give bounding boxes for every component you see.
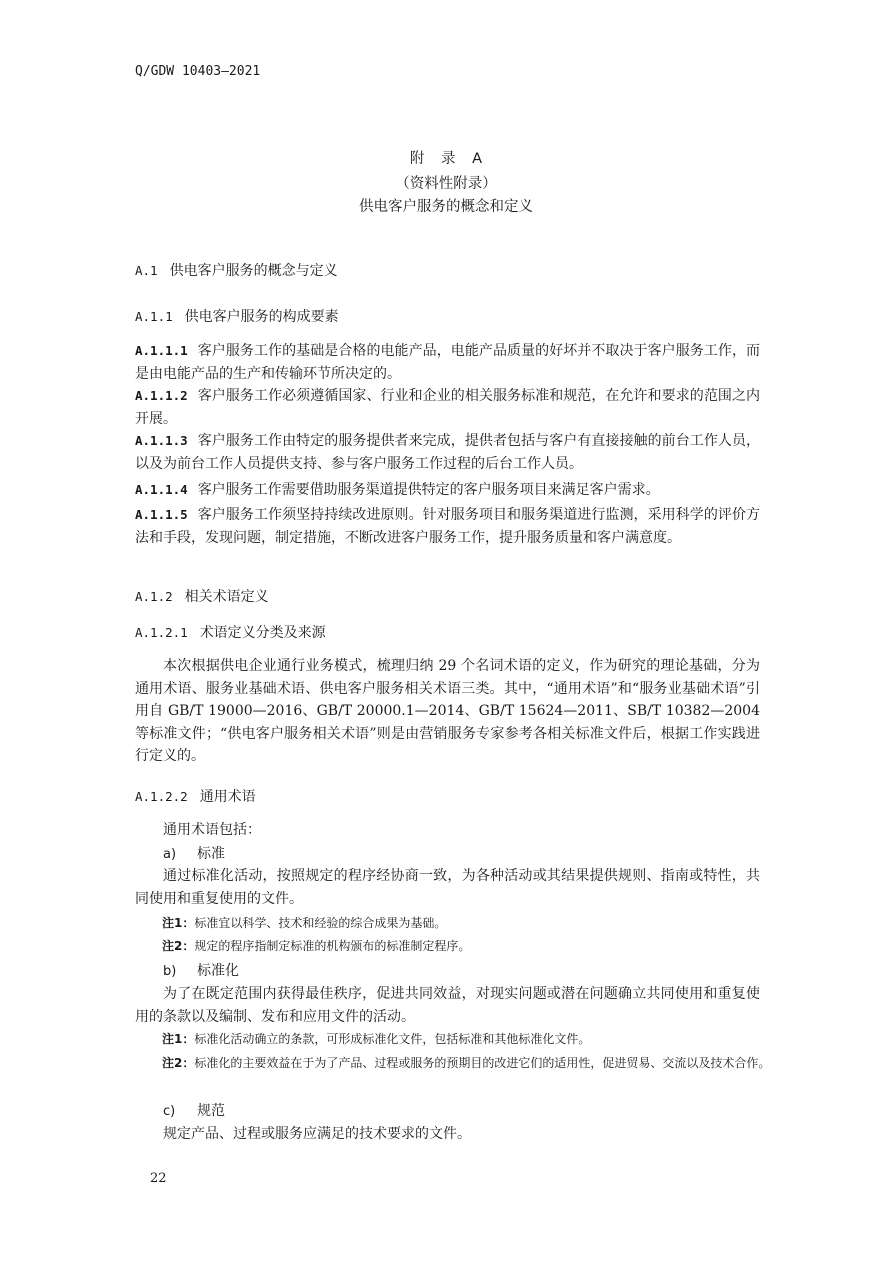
clause-number: A.1.1.3: [135, 433, 188, 448]
note: 注2：规定的程序指制定标准的机构颁布的标准制定程序。: [162, 936, 760, 957]
note-label: 注2：: [162, 939, 194, 953]
clause-text: 客户服务工作必须遵循国家、行业和企业的相关服务标准和规范，在允许和要求的范围之内…: [135, 388, 760, 427]
term-definition: 为了在既定范围内获得最佳秩序，促进共同效益，对现实问题或潜在问题确立共同使用和重…: [135, 983, 760, 1028]
clause-number: A.1.1.5: [135, 507, 188, 522]
clause-number: A.1.1.2: [135, 388, 188, 403]
section-heading-a11: A.1.1供电客户服务的构成要素: [135, 306, 339, 326]
page-number: 22: [150, 1171, 167, 1186]
section-number: A.1.1: [135, 309, 173, 324]
section-title: 相关术语定义: [185, 589, 269, 605]
note: 注1：标准宜以科学、技术和经验的综合成果为基础。: [162, 913, 760, 934]
note: 注2：标准化的主要效益在于为了产品、过程或服务的预期目的改进它们的适用性，促进贸…: [162, 1053, 786, 1074]
term-title: 规范: [197, 1103, 225, 1119]
clause-text: 客户服务工作需要借助服务渠道提供特定的客户服务项目来满足客户需求。: [198, 482, 660, 498]
clause-text: 客户服务工作须坚持持续改进原则。针对服务项目和服务渠道进行监测，采用科学的评价方…: [135, 507, 760, 546]
item-marker: b): [163, 964, 197, 979]
section-number: A.1: [135, 263, 158, 278]
section-title: 供电客户服务的概念与定义: [170, 263, 338, 279]
clause-a112: A.1.1.2客户服务工作必须遵循国家、行业和企业的相关服务标准和规范，在允许和…: [135, 385, 760, 430]
clause-text: 客户服务工作由特定的服务提供者来完成，提供者包括与客户有直接接触的前台工作人员，…: [135, 433, 760, 472]
paragraph-term-sources: 本次根据供电企业通行业务模式，梳理归纳 29 个名词术语的定义，作为研究的理论基…: [135, 655, 760, 768]
clause-a111: A.1.1.1客户服务工作的基础是合格的电能产品，电能产品质量的好坏并不取决于客…: [135, 340, 760, 385]
document-code: Q/GDW 10403—2021: [135, 64, 260, 79]
paragraph-intro: 通用术语包括：: [135, 819, 760, 842]
appendix-title: 附 录 A: [0, 147, 892, 168]
term-item-a: a)标准: [163, 843, 225, 863]
section-number: A.1.2.1: [135, 625, 188, 640]
note-text: 标准化活动确立的条款，可形成标准化文件，包括标准和其他标准化文件。: [194, 1032, 590, 1046]
section-heading-a12: A.1.2相关术语定义: [135, 586, 269, 606]
section-heading-a121: A.1.2.1术语定义分类及来源: [135, 622, 326, 642]
term-title: 标准: [197, 846, 225, 862]
item-marker: c): [163, 1104, 197, 1119]
section-heading-a1: A.1供电客户服务的概念与定义: [135, 260, 338, 280]
term-title: 标准化: [197, 963, 239, 979]
note: 注1：标准化活动确立的条款，可形成标准化文件，包括标准和其他标准化文件。: [162, 1029, 760, 1050]
item-marker: a): [163, 847, 197, 862]
note-label: 注2：: [162, 1056, 194, 1070]
appendix-name: 供电客户服务的概念和定义: [0, 195, 892, 216]
clause-a115: A.1.1.5客户服务工作须坚持持续改进原则。针对服务项目和服务渠道进行监测，采…: [135, 504, 760, 549]
section-heading-a122: A.1.2.2通用术语: [135, 786, 256, 806]
term-item-b: b)标准化: [163, 960, 239, 980]
section-number: A.1.2.2: [135, 789, 188, 804]
clause-number: A.1.1.1: [135, 343, 188, 358]
section-title: 供电客户服务的构成要素: [185, 309, 339, 325]
section-title: 术语定义分类及来源: [200, 625, 326, 641]
note-label: 注1：: [162, 1032, 194, 1046]
clause-a113: A.1.1.3客户服务工作由特定的服务提供者来完成，提供者包括与客户有直接接触的…: [135, 430, 760, 475]
section-number: A.1.2: [135, 589, 173, 604]
clause-text: 客户服务工作的基础是合格的电能产品，电能产品质量的好坏并不取决于客户服务工作，而…: [135, 343, 760, 382]
term-item-c: c)规范: [163, 1100, 225, 1120]
clause-a114: A.1.1.4客户服务工作需要借助服务渠道提供特定的客户服务项目来满足客户需求。: [135, 479, 760, 502]
note-label: 注1：: [162, 916, 194, 930]
appendix-subtitle: （资料性附录）: [0, 172, 892, 193]
term-definition: 规定产品、过程或服务应满足的技术要求的文件。: [135, 1123, 760, 1146]
note-text: 标准化的主要效益在于为了产品、过程或服务的预期目的改进它们的适用性，促进贸易、交…: [194, 1056, 770, 1070]
section-title: 通用术语: [200, 789, 256, 805]
clause-number: A.1.1.4: [135, 482, 188, 497]
term-definition: 通过标准化活动，按照规定的程序经协商一致，为各种活动或其结果提供规则、指南或特性…: [135, 865, 760, 910]
note-text: 标准宜以科学、技术和经验的综合成果为基础。: [194, 916, 446, 930]
note-text: 规定的程序指制定标准的机构颁布的标准制定程序。: [194, 939, 470, 953]
